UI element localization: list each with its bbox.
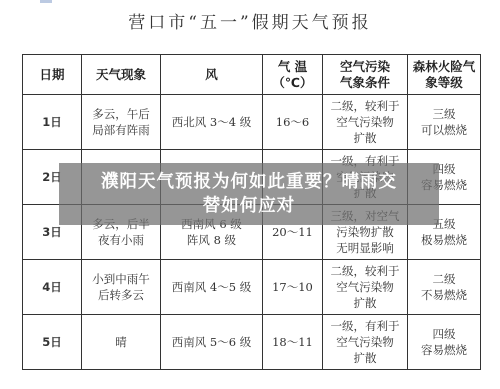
cell-wind: 西北风 3～4 级 — [161, 95, 263, 150]
header-weather: 天气现象 — [82, 55, 161, 95]
cell-wind: 西南风 5～6 级 — [161, 315, 263, 370]
headline-overlay: 濮阳天气预报为何如此重要？晴雨交 替如何应对 — [59, 163, 439, 225]
cell-air-pollution: 一级，有利于 空气污染物 扩散 — [323, 315, 408, 370]
cell-temperature: 18～11 — [263, 315, 323, 370]
cell-temperature: 16～6 — [263, 95, 323, 150]
table-row: 4日 小到中雨午 后转多云 西南风 4～5 级 17～10 二级，较利于 空气污… — [23, 260, 481, 315]
header-date: 日期 — [23, 55, 82, 95]
header-wind: 风 — [161, 55, 263, 95]
table-row: 1日 多云，午后 局部有阵雨 西北风 3～4 级 16～6 二级，较利于 空气污… — [23, 95, 481, 150]
cell-date: 5日 — [23, 315, 82, 370]
document-title: 营口市“五一”假期天气预报 — [0, 8, 500, 33]
cell-air-pollution: 二级，较利于 空气污染物 扩散 — [323, 260, 408, 315]
cell-weather: 小到中雨午 后转多云 — [82, 260, 161, 315]
cell-fire-risk: 四级 容易燃烧 — [408, 315, 481, 370]
table-header-row: 日期 天气现象 风 气 温 （℃） 空气污染 气象条件 森林火险气 象等级 — [23, 55, 481, 95]
cell-weather: 晴 — [82, 315, 161, 370]
cell-fire-risk: 二级 不易燃烧 — [408, 260, 481, 315]
table-row: 5日 晴 西南风 5～6 级 18～11 一级，有利于 空气污染物 扩散 四级 … — [23, 315, 481, 370]
cell-date: 4日 — [23, 260, 82, 315]
decorative-mark — [40, 0, 52, 3]
header-temperature: 气 温 （℃） — [263, 55, 323, 95]
cell-temperature: 17～10 — [263, 260, 323, 315]
headline-text: 濮阳天气预报为何如此重要？晴雨交 替如何应对 — [101, 170, 397, 218]
header-fire-risk: 森林火险气 象等级 — [408, 55, 481, 95]
header-air-pollution: 空气污染 气象条件 — [323, 55, 408, 95]
cell-wind: 西南风 4～5 级 — [161, 260, 263, 315]
cell-fire-risk: 三级 可以燃烧 — [408, 95, 481, 150]
cell-air-pollution: 二级，较利于 空气污染物 扩散 — [323, 95, 408, 150]
cell-date: 1日 — [23, 95, 82, 150]
cell-weather: 多云，午后 局部有阵雨 — [82, 95, 161, 150]
